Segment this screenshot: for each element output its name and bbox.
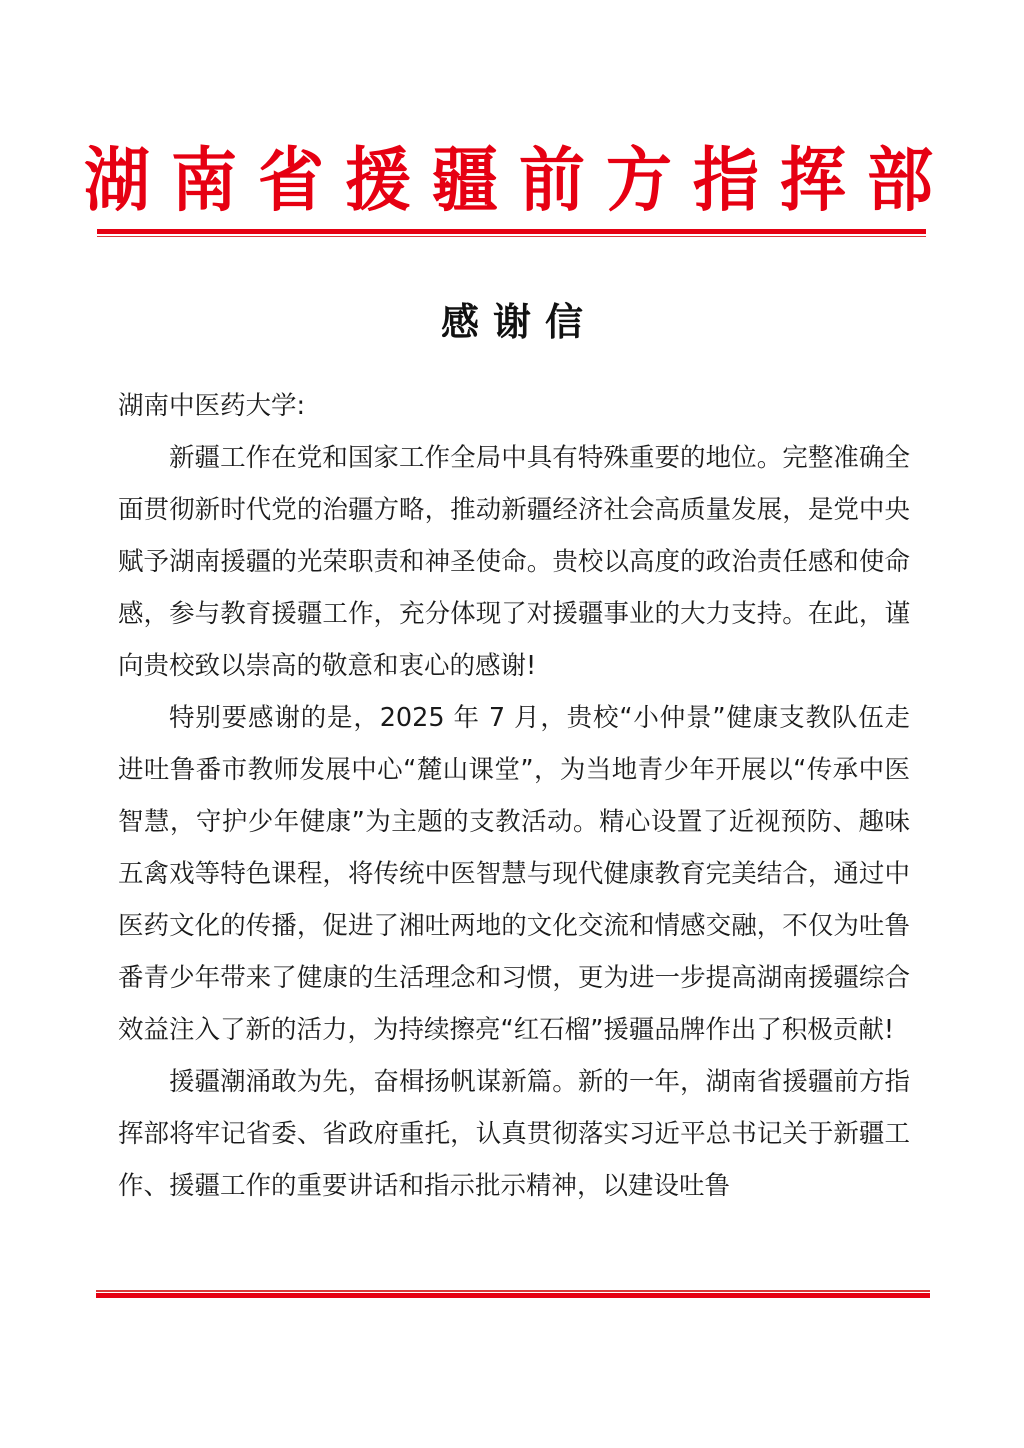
footer-rule-thin: [96, 1290, 930, 1292]
header-rule-thick: [97, 229, 926, 234]
paragraph-1: 新疆工作在党和国家工作全局中具有特殊重要的地位。完整准确全面贯彻新时代党的治疆方…: [118, 432, 910, 692]
masthead: 湖南省援疆前方指挥部: [0, 140, 1024, 220]
header-rule-thin: [97, 236, 926, 238]
footer-rule-thick: [96, 1293, 930, 1298]
organization-name: 湖南省援疆前方指挥部: [84, 138, 954, 222]
paragraph-3: 援疆潮涌敢为先，奋楫扬帆谋新篇。新的一年，湖南省援疆前方指挥部将牢记省委、省政府…: [118, 1056, 910, 1212]
paragraph-2: 特别要感谢的是，2025 年 7 月，贵校“小仲景”健康支教队伍走进吐鲁番市教师…: [118, 692, 910, 1056]
letter-title: 感谢信: [0, 296, 1024, 348]
letter-body: 湖南中医药大学: 新疆工作在党和国家工作全局中具有特殊重要的地位。完整准确全面贯…: [118, 380, 910, 1212]
salutation: 湖南中医药大学:: [118, 380, 910, 432]
